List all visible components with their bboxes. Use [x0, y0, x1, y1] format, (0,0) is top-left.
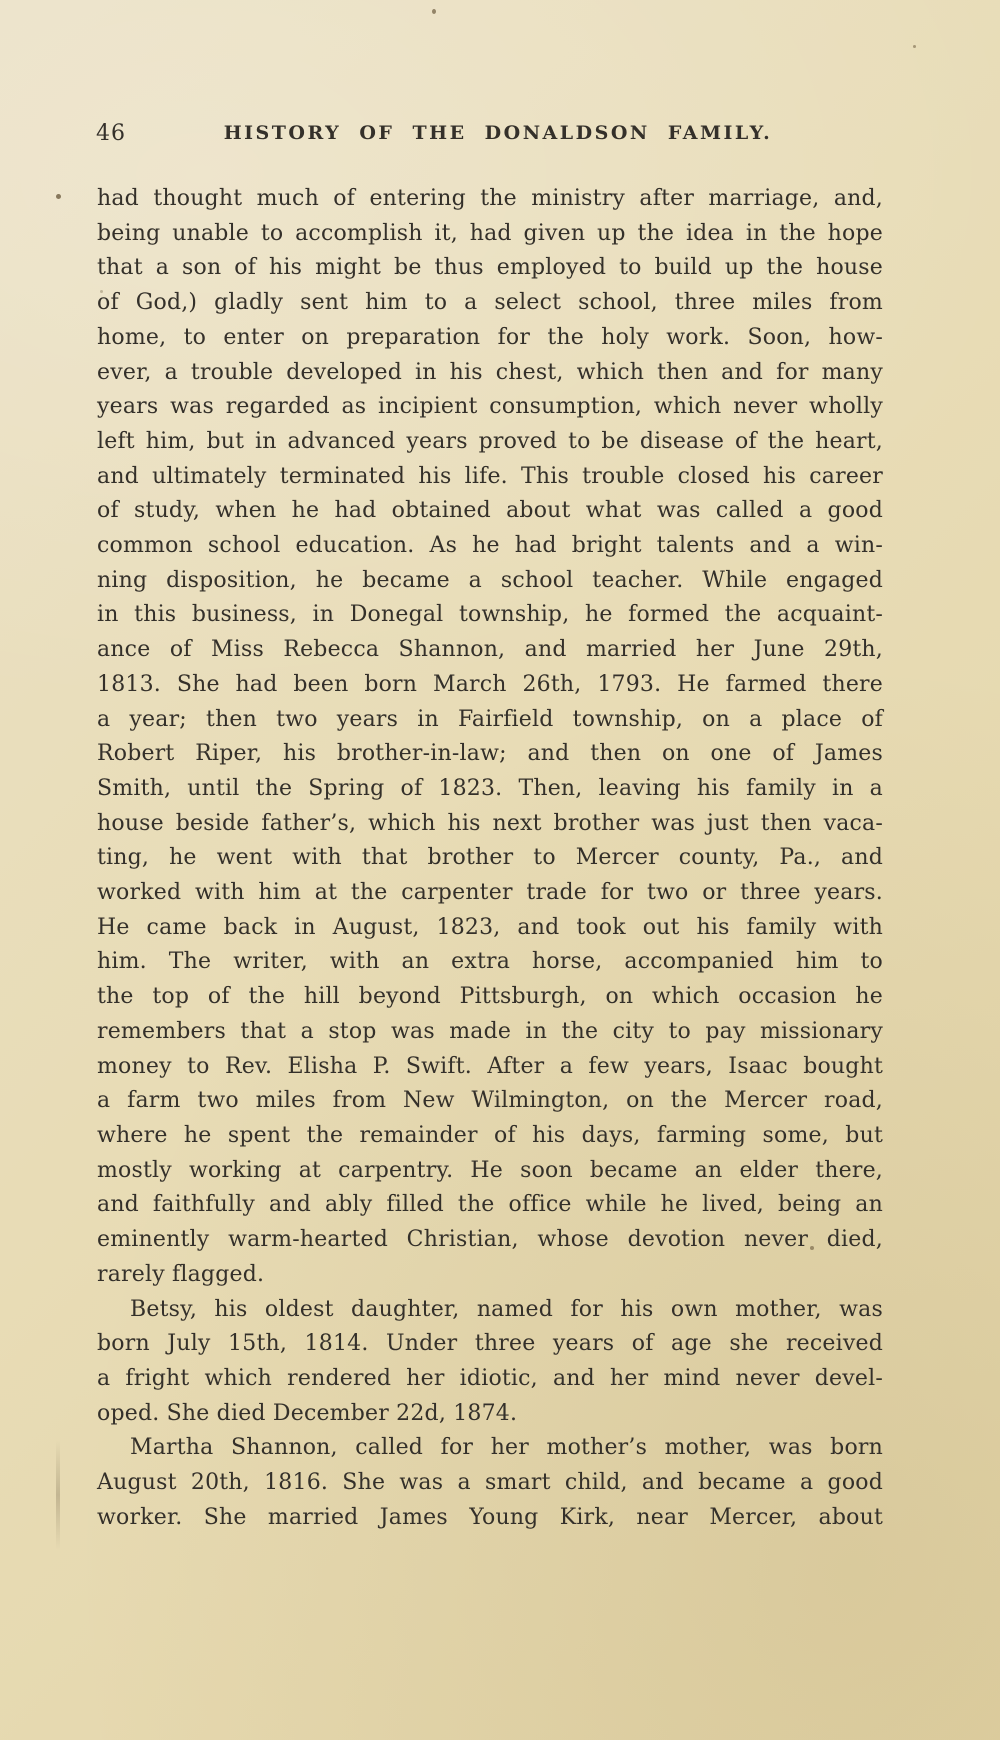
text-line: house beside father’s, which his next br…: [97, 807, 883, 842]
text-line: of God,) gladly sent him to a select sch…: [97, 286, 883, 321]
text-line: money to Rev. Elisha P. Swift. After a f…: [97, 1050, 883, 1085]
text-line: rarely flagged.: [97, 1258, 883, 1293]
text-line: worker. She married James Young Kirk, ne…: [97, 1501, 883, 1536]
text-line: oped. She died December 22d, 1874.: [97, 1397, 883, 1432]
scanned-book-page: 46 HISTORY OF THE DONALDSON FAMILY. had …: [0, 0, 1000, 1740]
text-line: ting, he went with that brother to Merce…: [97, 841, 883, 876]
text-line: August 20th, 1816. She was a smart child…: [97, 1466, 883, 1501]
text-line: where he spent the remainder of his days…: [97, 1119, 883, 1154]
text-line: common school education. As he had brigh…: [97, 529, 883, 564]
text-line: in this business, in Donegal township, h…: [97, 598, 883, 633]
text-line: Smith, until the Spring of 1823. Then, l…: [97, 772, 883, 807]
text-line: remembers that a stop was made in the ci…: [97, 1015, 883, 1050]
text-line: a farm two miles from New Wilmington, on…: [97, 1084, 883, 1119]
text-line: Robert Riper, his brother-in-law; and th…: [97, 737, 883, 772]
text-line: and faithfully and ably filled the offic…: [97, 1188, 883, 1223]
text-line: had thought much of entering the ministr…: [97, 182, 883, 217]
text-line: Martha Shannon, called for her mother’s …: [97, 1431, 883, 1466]
page-body: had thought much of entering the ministr…: [97, 182, 883, 1535]
paragraph: had thought much of entering the ministr…: [97, 182, 883, 1293]
text-line: ance of Miss Rebecca Shannon, and marrie…: [97, 633, 883, 668]
text-line: of study, when he had obtained about wha…: [97, 494, 883, 529]
scan-speck: [913, 45, 916, 48]
page-header: 46 HISTORY OF THE DONALDSON FAMILY.: [96, 120, 882, 148]
scan-speck: [56, 194, 61, 199]
text-line: mostly working at carpentry. He soon bec…: [97, 1154, 883, 1189]
text-line: born July 15th, 1814. Under three years …: [97, 1327, 883, 1362]
text-line: 1813. She had been born March 26th, 1793…: [97, 668, 883, 703]
text-line: worked with him at the carpenter trade f…: [97, 876, 883, 911]
page-number: 46: [96, 121, 126, 146]
text-line: that a son of his might be thus employed…: [97, 251, 883, 286]
running-header-title: HISTORY OF THE DONALDSON FAMILY.: [114, 120, 882, 144]
text-line: eminently warm-hearted Christian, whose …: [97, 1223, 883, 1258]
text-line: ning disposition, he became a school tea…: [97, 564, 883, 599]
scan-speck: [100, 290, 103, 293]
text-line: the top of the hill beyond Pittsburgh, o…: [97, 980, 883, 1015]
text-line: left him, but in advanced years proved t…: [97, 425, 883, 460]
paragraph: Martha Shannon, called for her mother’s …: [97, 1431, 883, 1535]
text-line: a year; then two years in Fairfield town…: [97, 703, 883, 738]
text-line: ever, a trouble developed in his chest, …: [97, 356, 883, 391]
scan-speck: [432, 9, 436, 14]
scan-smudge: [56, 1440, 60, 1550]
text-line: home, to enter on preparation for the ho…: [97, 321, 883, 356]
paragraph: Betsy, his oldest daughter, named for hi…: [97, 1293, 883, 1432]
text-line: him. The writer, with an extra horse, ac…: [97, 945, 883, 980]
scan-speck: [810, 1246, 814, 1250]
text-line: being unable to accomplish it, had given…: [97, 217, 883, 252]
text-line: He came back in August, 1823, and took o…: [97, 911, 883, 946]
text-line: and ultimately terminated his life. This…: [97, 460, 883, 495]
text-line: Betsy, his oldest daughter, named for hi…: [97, 1293, 883, 1328]
text-line: a fright which rendered her idiotic, and…: [97, 1362, 883, 1397]
text-line: years was regarded as incipient consumpt…: [97, 390, 883, 425]
